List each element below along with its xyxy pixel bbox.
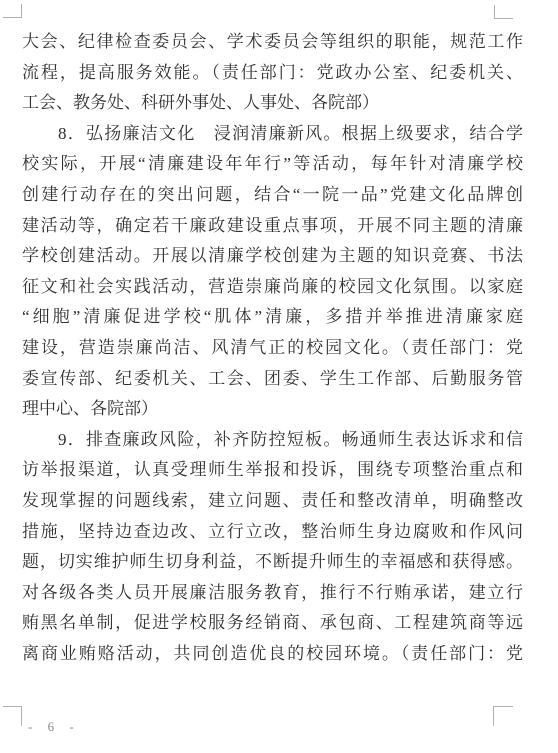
text-line: 措施，坚持边查边改、立行立改，整治师生身边腐败和作风问 bbox=[22, 517, 523, 548]
text-line: 理中心、各院部） bbox=[22, 394, 523, 425]
text-line: 离商业贿赂活动，共同创造优良的校园环境。（责任部门：党 bbox=[22, 639, 523, 670]
text-line: 创建行动存在的突出问题，结合“一院一品”党建文化品牌创 bbox=[22, 180, 523, 211]
text-line: 学校创建活动。开展以清廉学校创建为主题的知识竞赛、书法 bbox=[22, 241, 523, 272]
text-line: 大会、纪律检查委员会、学术委员会等组织的职能，规范工作 bbox=[22, 27, 523, 58]
text-line: 对各级各类人员开展廉洁服务教育，推行不行贿承诺，建立行 bbox=[22, 578, 523, 609]
text-line: 建活动等，确定若干廉政建设重点事项，开展不同主题的清廉 bbox=[22, 211, 523, 242]
text-line: 校实际，开展“清廉建设年年行”等活动，每年针对清廉学校 bbox=[22, 149, 523, 180]
text-line: 9．排查廉政风险，补齐防控短板。畅通师生表达诉求和信 bbox=[22, 425, 523, 456]
text-line: 访举报渠道，认真受理师生举报和投诉，围绕专项整治重点和 bbox=[22, 455, 523, 486]
paragraph: 8．弘扬廉洁文化 浸润清廉新风。根据上级要求，结合学 校实际，开展“清廉建设年年… bbox=[22, 119, 523, 425]
document-page: 大会、纪律检查委员会、学术委员会等组织的职能，规范工作 流程，提高服务效能。（责… bbox=[0, 0, 558, 753]
crop-mark-top-right-icon bbox=[494, 5, 513, 19]
text-line: 题，切实维护师生切身利益，不断提升师生的幸福感和获得感。 bbox=[22, 547, 523, 578]
text-line: 流程，提高服务效能。（责任部门：党政办公室、纪委机关、 bbox=[22, 58, 523, 89]
crop-mark-top-left-icon bbox=[3, 4, 22, 18]
text-line: 建设，营造崇廉尚洁、风清气正的校园文化。（责任部门：党 bbox=[22, 333, 523, 364]
paragraph: 9．排查廉政风险，补齐防控短板。畅通师生表达诉求和信 访举报渠道，认真受理师生举… bbox=[22, 425, 523, 670]
crop-mark-bottom-right-icon bbox=[493, 706, 513, 726]
text-line: 发现掌握的问题线索，建立问题、责任和整改清单，明确整改 bbox=[22, 486, 523, 517]
text-line: 工会、教务处、科研外事处、人事处、各院部） bbox=[22, 88, 523, 119]
paragraph: 大会、纪律检查委员会、学术委员会等组织的职能，规范工作 流程，提高服务效能。（责… bbox=[22, 27, 523, 119]
page-number: - 6 - bbox=[28, 719, 80, 735]
text-line: “细胞”清廉促进学校“肌体”清廉，多措并举推进清廉家庭 bbox=[22, 302, 523, 333]
crop-mark-bottom-left-icon bbox=[3, 706, 22, 726]
text-line: 8．弘扬廉洁文化 浸润清廉新风。根据上级要求，结合学 bbox=[22, 119, 523, 150]
text-line: 贿黑名单制，促进学校服务经销商、承包商、工程建筑商等远 bbox=[22, 608, 523, 639]
body-text: 大会、纪律检查委员会、学术委员会等组织的职能，规范工作 流程，提高服务效能。（责… bbox=[22, 27, 523, 669]
text-line: 委宣传部、纪委机关、工会、团委、学生工作部、后勤服务管 bbox=[22, 364, 523, 395]
text-line: 征文和社会实践活动，营造崇廉尚廉的校园文化氛围。以家庭 bbox=[22, 272, 523, 303]
